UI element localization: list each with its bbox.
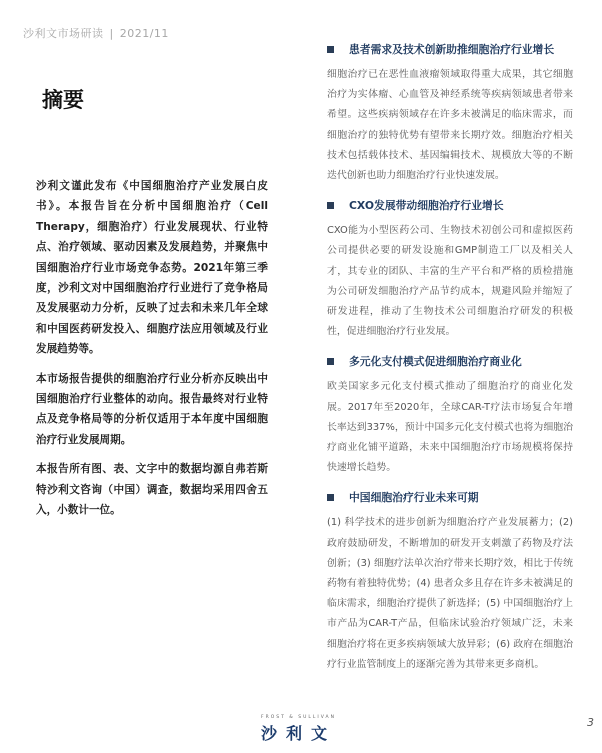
section-heading-text: CXO发展带动细胞治疗行业增长 (349, 198, 504, 213)
frost-sullivan-logo: FROST & SULLIVAN 沙利文 (261, 715, 336, 744)
section-heading: 中国细胞治疗行业未来可期 (327, 490, 573, 505)
section-body: 欧美国家多元化支付模式推动了细胞治疗的商业化发展。2017年至2020年，全球C… (327, 377, 573, 478)
summary-paragraph: 沙利文谨此发布《中国细胞治疗产业发展白皮书》。本报告旨在分析中国细胞治疗（Cel… (36, 176, 268, 360)
section-heading: 多元化支付模式促进细胞治疗商业化 (327, 354, 573, 369)
section-body: 细胞治疗已在恶性血液瘤领域取得重大成果，其它细胞治疗为实体瘤、心血管及神经系统等… (327, 65, 573, 186)
square-bullet-icon (327, 202, 334, 209)
publication-date: 2021/11 (120, 27, 169, 40)
logo-english-text: FROST & SULLIVAN (261, 715, 336, 720)
square-bullet-icon (327, 494, 334, 501)
section-heading-text: 多元化支付模式促进细胞治疗商业化 (349, 354, 522, 369)
section-body: (1) 科学技术的进步创新为细胞治疗产业发展蓄力；(2) 政府鼓励研发，不断增加… (327, 513, 573, 675)
page-title: 摘要 (42, 84, 84, 114)
section-cxo: CXO发展带动细胞治疗行业增长 CXO能为小型医药公司、生物技术初创公司和虚拟医… (327, 198, 573, 342)
header-separator: | (110, 27, 114, 40)
section-heading: CXO发展带动细胞治疗行业增长 (327, 198, 573, 213)
summary-column: 沙利文谨此发布《中国细胞治疗产业发展白皮书》。本报告旨在分析中国细胞治疗（Cel… (36, 176, 268, 530)
section-body: CXO能为小型医药公司、生物技术初创公司和虚拟医药公司提供必要的研发设施和GMP… (327, 221, 573, 342)
key-findings-column: 患者需求及技术创新助推细胞治疗行业增长 细胞治疗已在恶性血液瘤领域取得重大成果，… (327, 42, 573, 687)
publication-name: 沙利文市场研读 (23, 27, 104, 40)
section-heading-text: 患者需求及技术创新助推细胞治疗行业增长 (349, 42, 554, 57)
page-number: 3 (587, 716, 594, 729)
summary-paragraph: 本报告所有图、表、文字中的数据均源自弗若斯特沙利文咨询（中国）调查，数据均采用四… (36, 459, 268, 520)
section-patient-demand: 患者需求及技术创新助推细胞治疗行业增长 细胞治疗已在恶性血液瘤领域取得重大成果，… (327, 42, 573, 186)
square-bullet-icon (327, 46, 334, 53)
logo-chinese-text: 沙利文 (261, 721, 336, 744)
section-payment-models: 多元化支付模式促进细胞治疗商业化 欧美国家多元化支付模式推动了细胞治疗的商业化发… (327, 354, 573, 478)
section-heading-text: 中国细胞治疗行业未来可期 (349, 490, 479, 505)
section-heading: 患者需求及技术创新助推细胞治疗行业增长 (327, 42, 573, 57)
summary-paragraph: 本市场报告提供的细胞治疗行业分析亦反映出中国细胞治疗行业整体的动向。报告最终对行… (36, 369, 268, 451)
running-header: 沙利文市场研读|2021/11 (23, 25, 169, 41)
square-bullet-icon (327, 358, 334, 365)
section-future-outlook: 中国细胞治疗行业未来可期 (1) 科学技术的进步创新为细胞治疗产业发展蓄力；(2… (327, 490, 573, 675)
